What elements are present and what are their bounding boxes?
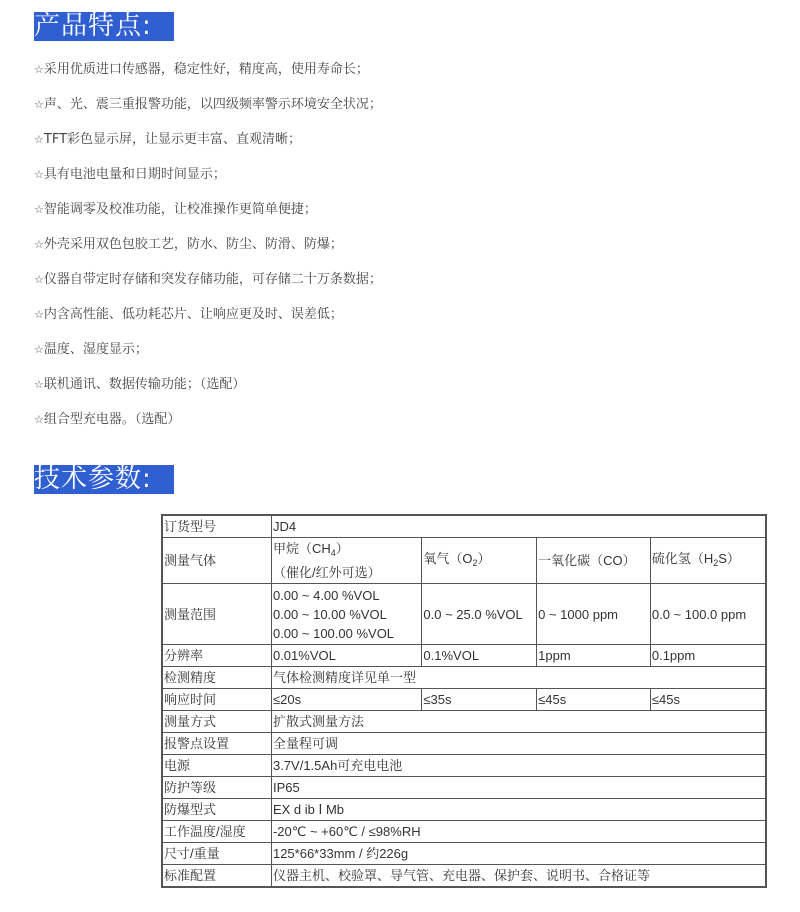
response-ch4: ≤20s [271,689,421,711]
features-list: ☆采用优质进口传感器，稳定性好，精度高，使用寿命长； ☆声、光、震三重报警功能，… [34,60,382,445]
feature-text: 具有电池电量和日期时间显示； [44,167,226,182]
table-row: 防护等级 IP65 [162,777,766,799]
row-label: 报警点设置 [162,733,271,755]
range-line: 0.00 ~ 100.00 %VOL [273,624,420,643]
table-row: 分辨率 0.01%VOL 0.1%VOL 1ppm 0.1ppm [162,645,766,667]
row-label: 工作温度/湿度 [162,821,271,843]
spec-table: 订货型号 JD4 测量气体 甲烷（CH4） （催化/红外可选） 氧气（O2） 一… [161,514,767,888]
feature-item: ☆仪器自带定时存储和突发存储功能，可存储二十万条数据； [34,270,382,305]
table-row: 防爆型式 EX d ib Ⅰ Mb [162,799,766,821]
table-row: 响应时间 ≤20s ≤35s ≤45s ≤45s [162,689,766,711]
method-value: 扩散式测量方法 [271,711,766,733]
star-icon: ☆ [34,168,44,181]
row-label: 检测精度 [162,667,271,689]
feature-text: 外壳采用双色包胶工艺，防水、防尘、防滑、防爆； [44,237,343,252]
response-o2: ≤35s [422,689,537,711]
alarm-value: 全量程可调 [271,733,766,755]
feature-item: ☆外壳采用双色包胶工艺，防水、防尘、防滑、防爆； [34,235,382,270]
table-row: 测量范围 0.00 ~ 4.00 %VOL 0.00 ~ 10.00 %VOL … [162,584,766,645]
protection-value: IP65 [271,777,766,799]
gas-close: S） [718,551,740,566]
row-label: 标准配置 [162,865,271,888]
row-label: 尺寸/重量 [162,843,271,865]
row-label: 分辨率 [162,645,271,667]
feature-item: ☆具有电池电量和日期时间显示； [34,165,382,200]
star-icon: ☆ [34,343,44,356]
star-icon: ☆ [34,238,44,251]
response-co: ≤45s [537,689,651,711]
feature-item: ☆采用优质进口传感器，稳定性好，精度高，使用寿命长； [34,60,382,95]
feature-item: ☆声、光、震三重报警功能，以四级频率警示环境安全状况； [34,95,382,130]
star-icon: ☆ [34,98,44,111]
feature-item: ☆联机通讯、数据传输功能；（选配） [34,375,382,410]
size-value: 125*66*33mm / 约226g [271,843,766,865]
accuracy-value: 气体检测精度详见单一型 [271,667,766,689]
features-heading: 产品特点: [34,12,174,41]
gas-ch4: 甲烷（CH4） （催化/红外可选） [271,538,421,584]
table-row: 测量气体 甲烷（CH4） （催化/红外可选） 氧气（O2） 一氧化碳（CO） 硫… [162,538,766,584]
resolution-h2s: 0.1ppm [650,645,766,667]
gas-name: 甲烷（CH [273,541,331,556]
row-label: 防护等级 [162,777,271,799]
row-label: 订货型号 [162,515,271,538]
star-icon: ☆ [34,133,44,146]
explosion-value: EX d ib Ⅰ Mb [271,799,766,821]
star-icon: ☆ [34,273,44,286]
gas-close: ） [478,551,491,566]
table-row: 尺寸/重量 125*66*33mm / 约226g [162,843,766,865]
feature-text: 联机通讯、数据传输功能；（选配） [44,377,246,392]
range-line: 0.00 ~ 4.00 %VOL [273,586,420,605]
feature-item: ☆内含高性能、低功耗芯片、让响应更及时、误差低； [34,305,382,340]
feature-text: 采用优质进口传感器，稳定性好，精度高，使用寿命长； [44,62,369,77]
feature-item: ☆组合型充电器。（选配） [34,410,382,445]
star-icon: ☆ [34,203,44,216]
range-line: 0.00 ~ 10.00 %VOL [273,605,420,624]
row-label: 测量范围 [162,584,271,645]
gas-name: 氧气（O [423,551,472,566]
power-value: 3.7V/1.5Ah可充电电池 [271,755,766,777]
feature-text: 智能调零及校准功能，让校准操作更简单便捷； [44,202,317,217]
star-icon: ☆ [34,413,44,426]
specs-heading: 技术参数: [34,465,174,494]
range-ch4: 0.00 ~ 4.00 %VOL 0.00 ~ 10.00 %VOL 0.00 … [271,584,421,645]
table-row: 电源 3.7V/1.5Ah可充电电池 [162,755,766,777]
table-row: 标准配置 仪器主机、校验罩、导气管、充电器、保护套、说明书、合格证等 [162,865,766,888]
gas-close: ） [336,541,349,556]
table-row: 测量方式 扩散式测量方法 [162,711,766,733]
gas-name: 硫化氢（H [652,551,713,566]
gas-co: 一氧化碳（CO） [537,538,651,584]
star-icon: ☆ [34,378,44,391]
gas-o2: 氧气（O2） [422,538,537,584]
feature-item: ☆TFT彩色显示屏，让显示更丰富、直观清晰； [34,130,382,165]
star-icon: ☆ [34,308,44,321]
feature-text: 声、光、震三重报警功能，以四级频率警示环境安全状况； [44,97,382,112]
feature-text: 仪器自带定时存储和突发存储功能，可存储二十万条数据； [44,272,382,287]
table-row: 检测精度 气体检测精度详见单一型 [162,667,766,689]
row-label: 测量气体 [162,538,271,584]
table-row: 工作温度/湿度 -20℃ ~ +60℃ / ≤98%RH [162,821,766,843]
table-row: 订货型号 JD4 [162,515,766,538]
star-icon: ☆ [34,63,44,76]
range-co: 0 ~ 1000 ppm [537,584,651,645]
resolution-ch4: 0.01%VOL [271,645,421,667]
range-o2: 0.0 ~ 25.0 %VOL [422,584,537,645]
resolution-co: 1ppm [537,645,651,667]
row-label: 测量方式 [162,711,271,733]
resolution-o2: 0.1%VOL [422,645,537,667]
range-h2s: 0.0 ~ 100.0 ppm [650,584,766,645]
row-label: 响应时间 [162,689,271,711]
row-label: 电源 [162,755,271,777]
model-value: JD4 [271,515,766,538]
feature-item: ☆智能调零及校准功能，让校准操作更简单便捷； [34,200,382,235]
environment-value: -20℃ ~ +60℃ / ≤98%RH [271,821,766,843]
row-label: 防爆型式 [162,799,271,821]
feature-text: 温度、湿度显示； [44,342,148,357]
table-row: 报警点设置 全量程可调 [162,733,766,755]
gas-h2s: 硫化氢（H2S） [650,538,766,584]
gas-note: （催化/红外可选） [273,563,420,582]
feature-text: 组合型充电器。（选配） [44,412,181,427]
feature-item: ☆温度、湿度显示； [34,340,382,375]
feature-text: TFT彩色显示屏，让显示更丰富、直观清晰； [44,132,301,147]
feature-text: 内含高性能、低功耗芯片、让响应更及时、误差低； [44,307,343,322]
response-h2s: ≤45s [650,689,766,711]
standard-value: 仪器主机、校验罩、导气管、充电器、保护套、说明书、合格证等 [271,865,766,888]
